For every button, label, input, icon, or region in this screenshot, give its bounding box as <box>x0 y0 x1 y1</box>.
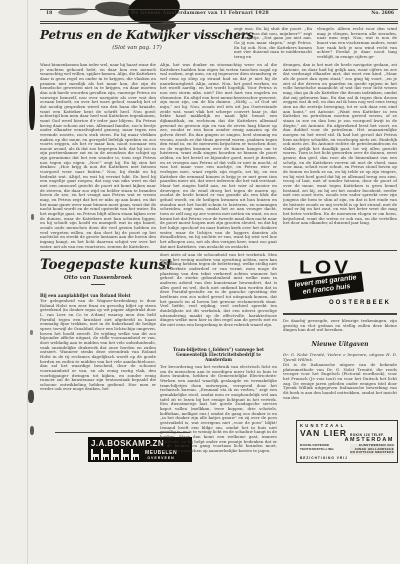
article2-column-3-body: Dit is de Italiaansche uitgave van de be… <box>283 363 397 417</box>
article2-title: Toegepaste kunst <box>40 257 156 273</box>
chair-icon <box>91 449 100 460</box>
scan-artifact <box>31 214 34 220</box>
article1-top-column-b: vleugels. Alleen recht voor den wind mag… <box>317 27 397 60</box>
chair-icon <box>111 449 120 460</box>
ad-lov-city: OOSTERBEEK <box>329 300 391 306</box>
ad-vanlier: KUNSTZAAL VAN LIER ROKIN 126 TELEF. AMST… <box>296 420 398 463</box>
ad-vanlier-bottom: BEZICHTIGING VRIJ <box>300 456 394 460</box>
article2-column-1: Ter gelegenheid van de Wagner-herdenking… <box>40 299 156 427</box>
article1-title: Petrus en de Katwijker visschers <box>40 28 234 42</box>
header-top-rule <box>40 9 398 10</box>
article2-author: Otto van Tussenbroek <box>40 275 156 281</box>
issue-number: No. 2606 <box>371 11 394 16</box>
article1-top-column-a: zegt was. En hij sluit die poort. „En wa… <box>234 27 312 60</box>
scan-artifact <box>28 390 34 403</box>
article1-subtitle: (Slot van pag. 17) <box>40 45 234 51</box>
article1-column-3: drongen, dan is het met de heele navigat… <box>283 63 397 248</box>
article2-subheading: Tram-biljetten („folders”) vanwege het G… <box>163 347 274 362</box>
header-double-rule-2 <box>40 23 398 24</box>
article2-title-block: Toegepaste kunst Otto van Tussenbroek <box>40 257 156 285</box>
article1-title-block: Petrus en de Katwijker visschers (Slot v… <box>40 28 234 51</box>
article1-column-1: Want binnenkomen kan ieder wel, naar hij… <box>40 63 156 248</box>
chair-icons <box>91 449 141 460</box>
new-publications-heading: Nieuwe Uitgaven <box>283 341 397 348</box>
chair-icon <box>131 449 140 460</box>
article2-column-2-part2: Ter bevordering van het verbruik van ele… <box>160 365 277 471</box>
article2-lead: Bij een aanplakbiljet van Roland Holst <box>40 293 156 298</box>
newspaper-page: { "header": { "page_number": "18", "mast… <box>0 0 400 564</box>
lov-bottom-rule <box>283 313 397 315</box>
article2-column-2-part1: doet niets af aan de schoonheid van het … <box>160 253 277 344</box>
ad-vanlier-right-text: KUNSTWERKEN VAN JONGE HOLLANDSCHE EN DUI… <box>350 444 394 455</box>
scan-artifact <box>29 86 35 130</box>
article2-column-3-paragraph: De daarbij gevoegde, zeer kleurige teeke… <box>283 319 397 335</box>
chair-icon <box>121 449 130 460</box>
chair-icon <box>101 449 110 460</box>
scan-artifact <box>30 426 34 435</box>
ad-vanlier-left-text: DOORLOOPENDE TENTOONSTELLING <box>300 444 334 455</box>
header-double-rule-1 <box>40 21 398 22</box>
page-edge-line <box>27 0 28 564</box>
article2-column-3-lead: Dr. G. Nolst Trenité, Vedere e Imparare,… <box>283 353 397 363</box>
ad-lov: LOV levert met garantie en franco huis O… <box>283 254 397 310</box>
masthead: De Groene Amsterdammer van 11 Februari 1… <box>0 11 400 16</box>
section-divider-rule <box>40 250 397 251</box>
article1-column-2: Alijn, het was donker en stormachtig wee… <box>160 63 277 248</box>
author-divider <box>91 284 105 285</box>
ad-vanlier-line2: VAN LIER <box>300 428 347 438</box>
scan-artifact <box>30 330 33 335</box>
